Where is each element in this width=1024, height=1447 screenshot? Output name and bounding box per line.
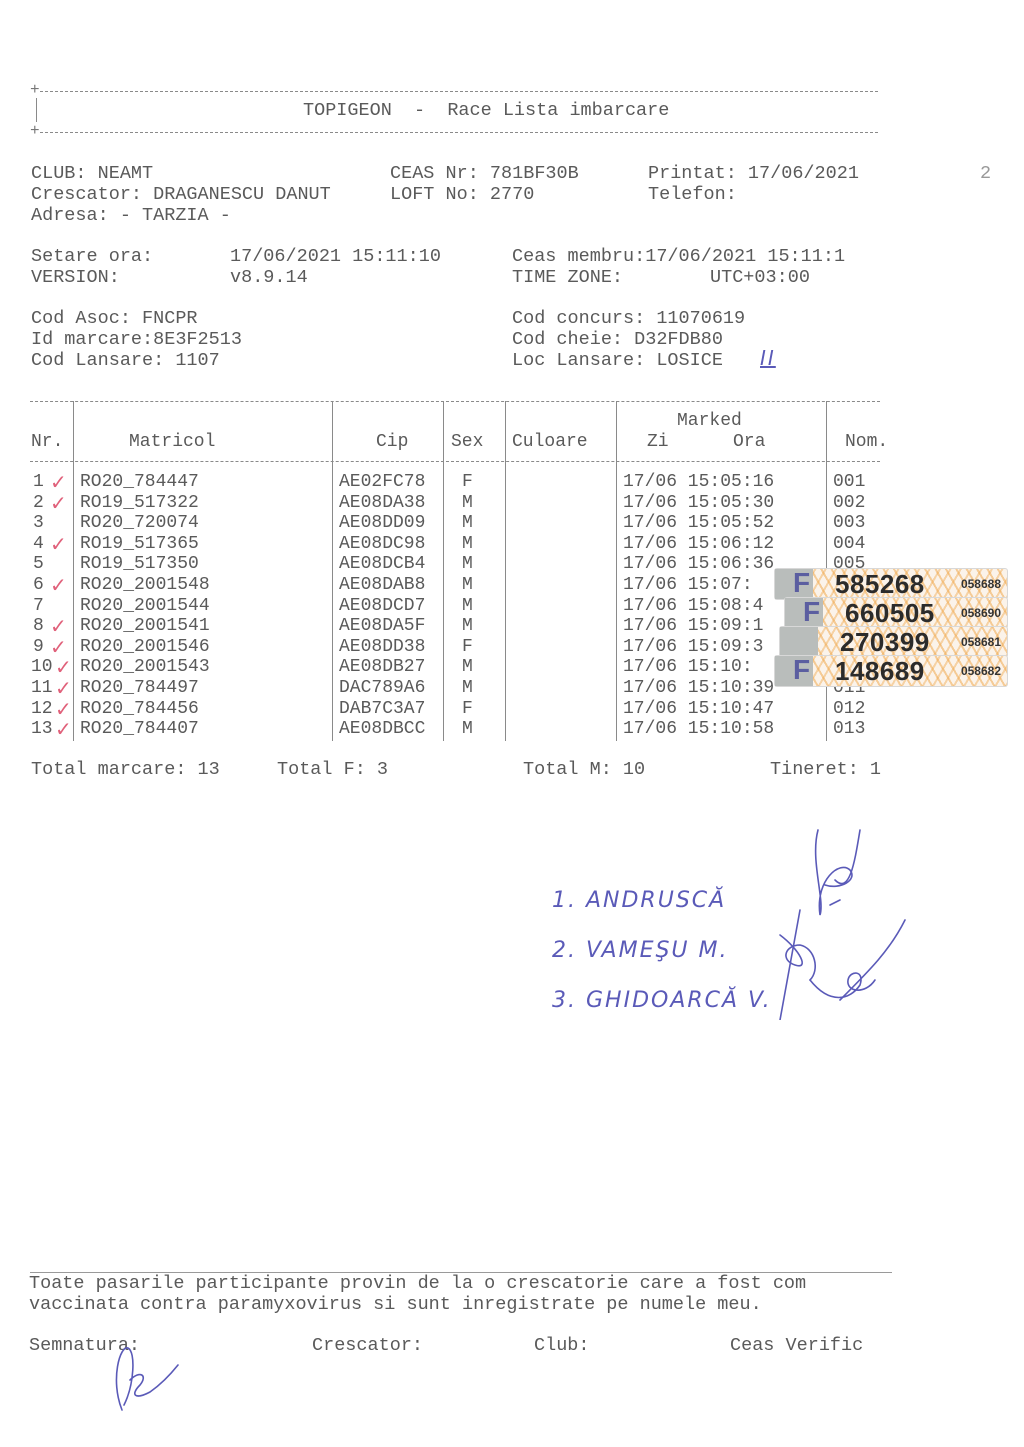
header-sex: Sex (451, 432, 483, 452)
document-title: TOPIGEON - Race Lista imbarcare (303, 100, 669, 121)
crescator-sign-label: Crescator: (312, 1335, 423, 1356)
ring-sticker: F148689058682 (775, 656, 1007, 686)
cell-sex: F (462, 699, 473, 719)
version-value: v8.9.14 (230, 267, 308, 288)
cell-cip: AE08DA38 (339, 493, 425, 513)
header-ora: Ora (733, 432, 765, 452)
cell-matricol: RO19_517322 (80, 493, 199, 513)
cell-matricol: RO20_2001548 (80, 575, 210, 595)
cod-cheie-field: Cod cheie: D32FDB80 (512, 329, 723, 350)
header-culoare: Culoare (512, 432, 588, 452)
check-mark-icon: ✓ (55, 657, 72, 677)
cell-nr: 3 (33, 513, 44, 533)
col-divider-sex (505, 401, 506, 741)
club-field: CLUB: NEAMT (31, 163, 153, 184)
cell-nom: 003 (833, 513, 865, 533)
col-divider-nr (73, 401, 74, 741)
cell-nr: 8 (33, 616, 44, 636)
cell-nr: 1 (33, 472, 44, 492)
cell-nom: 002 (833, 493, 865, 513)
version-label: VERSION: (31, 267, 120, 288)
ring-sticker: F585268058688 (775, 569, 1007, 599)
sticker-code: 058681 (961, 635, 1001, 649)
cell-nr: 2 (33, 493, 44, 513)
cell-sex: F (462, 637, 473, 657)
cell-cip: AE02FC78 (339, 472, 425, 492)
cell-marked: 17/06 15:05:52 (623, 513, 774, 533)
cell-cip: AE08DC98 (339, 534, 425, 554)
cell-matricol: RO20_2001546 (80, 637, 210, 657)
cell-marked: 17/06 15:10:58 (623, 719, 774, 739)
tineret: Tineret: 1 (770, 759, 881, 780)
total-m: Total M: 10 (523, 759, 645, 780)
cell-cip: AE08DB27 (339, 657, 425, 677)
cell-marked: 17/06 15:05:30 (623, 493, 774, 513)
cod-concurs-field: Cod concurs: 11070619 (512, 308, 745, 329)
cell-sex: M (462, 575, 473, 595)
total-f: Total F: 3 (277, 759, 388, 780)
cell-matricol: RO20_2001541 (80, 616, 210, 636)
sticker-code: 058682 (961, 664, 1001, 678)
cell-sex: M (462, 678, 473, 698)
col-divider-culoare (616, 401, 617, 741)
page-number-marker: 2 (980, 163, 991, 184)
cell-nr: 12 (31, 699, 53, 719)
telefon-field: Telefon: (648, 184, 737, 205)
adresa-field: Adresa: - TARZIA - (31, 205, 231, 226)
cell-sex: M (462, 657, 473, 677)
sticker-number: 148689 (835, 656, 925, 687)
cell-cip: AE08DCD7 (339, 596, 425, 616)
cell-marked: 17/06 15:06:36 (623, 554, 774, 574)
total-marcare: Total marcare: 13 (31, 759, 220, 780)
header-nr: Nr. (31, 432, 63, 452)
cell-nr: 10 (31, 657, 53, 677)
cell-sex: M (462, 616, 473, 636)
cell-nr: 4 (33, 534, 44, 554)
cell-matricol: RO20_784456 (80, 699, 199, 719)
cell-sex: M (462, 554, 473, 574)
sticker-number: 270399 (840, 627, 930, 658)
cell-matricol: RO20_720074 (80, 513, 199, 533)
cod-asoc-field: Cod Asoc: FNCPR (31, 308, 198, 329)
sticker-letter: F (793, 567, 810, 599)
cell-matricol: RO20_784407 (80, 719, 199, 739)
time-zone-label: TIME ZONE: (512, 267, 623, 288)
witness-signatures (740, 820, 920, 1020)
sticker-letter: F (803, 596, 820, 628)
sticker-tab (780, 627, 818, 657)
cell-marked: 17/06 15:09:3 (623, 637, 763, 657)
id-marcare-field: Id marcare:8E3F2513 (31, 329, 242, 350)
cell-nr: 11 (31, 678, 53, 698)
check-mark-icon: ✓ (55, 678, 72, 698)
cell-matricol: RO20_784497 (80, 678, 199, 698)
witness-1: 1. ANDRUSCĂ (552, 888, 726, 913)
cell-cip: AE08DA5F (339, 616, 425, 636)
statement-line-1: Toate pasarile participante provin de la… (29, 1273, 806, 1294)
cell-nr: 6 (33, 575, 44, 595)
cell-marked: 17/06 15:06:12 (623, 534, 774, 554)
cell-nom: 004 (833, 534, 865, 554)
check-mark-icon: ✓ (50, 534, 67, 554)
table-header-separator (30, 461, 880, 462)
cell-marked: 17/06 15:08:4 (623, 596, 763, 616)
cell-sex: F (462, 472, 473, 492)
cell-marked: 17/06 15:05:16 (623, 472, 774, 492)
header-cip: Cip (376, 432, 408, 452)
crescator-field: Crescator: DRAGANESCU DANUT (31, 184, 331, 205)
cell-nr: 5 (33, 554, 44, 574)
cell-matricol: RO19_517365 (80, 534, 199, 554)
cell-cip: DAC789A6 (339, 678, 425, 698)
cell-marked: 17/06 15:07: (623, 575, 753, 595)
cell-cip: AE08DCB4 (339, 554, 425, 574)
cell-sex: M (462, 596, 473, 616)
statement-line-2: vaccinata contra paramyxovirus si sunt i… (29, 1294, 762, 1315)
table-top-border (30, 401, 880, 402)
cell-marked: 17/06 15:10:39 (623, 678, 774, 698)
cell-nr: 13 (31, 719, 53, 739)
cell-cip: AE08DD38 (339, 637, 425, 657)
header-marked: Marked (677, 411, 742, 431)
cell-sex: M (462, 719, 473, 739)
check-mark-icon: ✓ (50, 575, 67, 595)
col-divider-cip (443, 401, 444, 741)
time-zone-value: UTC+03:00 (710, 267, 810, 288)
ceas-verificat-label: Ceas Verific (730, 1335, 863, 1356)
cod-lansare-field: Cod Lansare: 1107 (31, 350, 220, 371)
title-left-border (36, 98, 37, 122)
cell-marked: 17/06 15:10: (623, 657, 753, 677)
ring-sticker: 270399058681 (780, 627, 1007, 657)
cell-sex: M (462, 493, 473, 513)
breeder-signature (100, 1340, 190, 1420)
sticker-letter: F (793, 654, 810, 686)
club-sign-label: Club: (534, 1335, 590, 1356)
setare-ora-value: 17/06/2021 15:11:10 (230, 246, 441, 267)
title-bottom-border (40, 132, 878, 133)
check-mark-icon: ✓ (50, 637, 67, 657)
cell-nom: 013 (833, 719, 865, 739)
sticker-number: 585268 (835, 569, 925, 600)
ceas-nr-field: CEAS Nr: 781BF30B (390, 163, 579, 184)
cell-marked: 17/06 15:09:1 (623, 616, 763, 636)
cell-cip: DAB7C3A7 (339, 699, 425, 719)
ceas-membru-field: Ceas membru:17/06/2021 15:11:1 (512, 246, 845, 267)
cell-sex: M (462, 513, 473, 533)
col-divider-matricol (332, 401, 333, 741)
box-corner: + (30, 122, 40, 140)
sticker-number: 660505 (845, 598, 935, 629)
check-mark-icon: ✓ (55, 699, 72, 719)
cell-cip: AE08DBCC (339, 719, 425, 739)
cell-matricol: RO20_2001543 (80, 657, 210, 677)
cell-matricol: RO19_517350 (80, 554, 199, 574)
check-mark-icon: ✓ (50, 493, 67, 513)
ring-sticker: F660505058690 (785, 598, 1007, 628)
check-mark-icon: ✓ (55, 719, 72, 739)
witness-2: 2. VAMEŞU M. (552, 938, 729, 963)
box-corner: + (30, 81, 40, 99)
loft-no-field: LOFT No: 2770 (390, 184, 534, 205)
sticker-code: 058688 (961, 577, 1001, 591)
cell-nr: 7 (33, 596, 44, 616)
check-mark-icon: ✓ (50, 472, 67, 492)
cell-cip: AE08DAB8 (339, 575, 425, 595)
witness-3: 3. GHIDOARCĂ V. (552, 988, 772, 1013)
cell-cip: AE08DD09 (339, 513, 425, 533)
title-top-border (40, 91, 878, 92)
cell-matricol: RO20_2001544 (80, 596, 210, 616)
header-nom: Nom. (845, 432, 888, 452)
sticker-code: 058690 (961, 606, 1001, 620)
cell-marked: 17/06 15:10:47 (623, 699, 774, 719)
check-mark-icon: ✓ (50, 616, 67, 636)
header-zi: Zi (647, 432, 669, 452)
header-matricol: Matricol (129, 432, 215, 452)
ring-stickers: F585268058688F660505058690270399058681F1… (775, 569, 1015, 685)
cell-nom: 012 (833, 699, 865, 719)
loc-lansare-field: Loc Lansare: LOSICE (512, 350, 723, 371)
handwritten-roman-two: II (760, 346, 776, 370)
cell-matricol: RO20_784447 (80, 472, 199, 492)
cell-sex: M (462, 534, 473, 554)
cell-nr: 9 (33, 637, 44, 657)
setare-ora-label: Setare ora: (31, 246, 153, 267)
cell-nom: 001 (833, 472, 865, 492)
printat-field: Printat: 17/06/2021 (648, 163, 859, 184)
